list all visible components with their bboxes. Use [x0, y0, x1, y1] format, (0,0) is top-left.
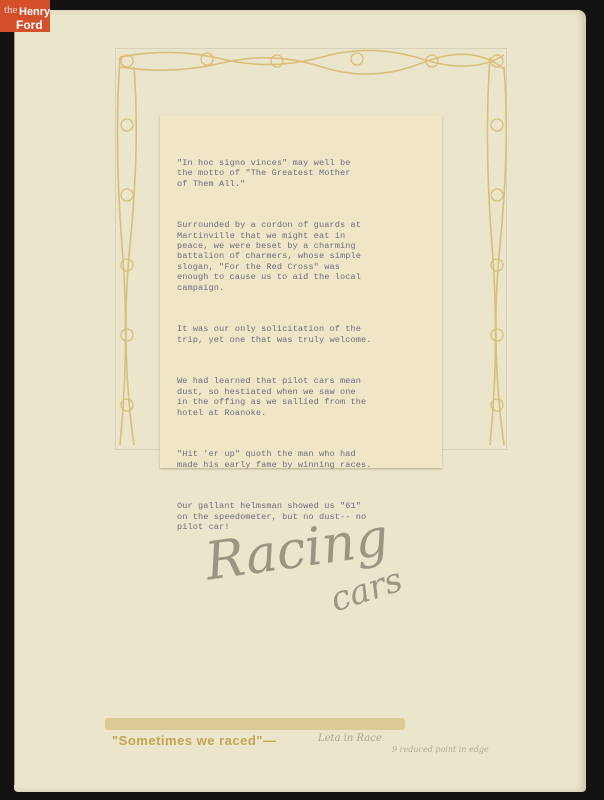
logo-the: the [4, 5, 17, 16]
henry-ford-logo: the Henry Ford [0, 0, 50, 32]
typed-paragraph: Surrounded by a cordon of guards at Mart… [177, 220, 437, 293]
logo-henry: Henry [19, 7, 50, 18]
pencil-note-small: 9 reduced point in edge [392, 745, 489, 754]
caption-sometimes-we-raced: "Sometimes we raced"— [112, 733, 276, 748]
typed-note-sheet: "In hoc signo vinces" may well be the mo… [160, 115, 442, 468]
page-gutter-line [14, 30, 15, 785]
typed-paragraph: "In hoc signo vinces" may well be the mo… [177, 158, 437, 189]
typed-paragraph: "Hit 'er up" quoth the man who had made … [177, 449, 437, 470]
typed-text: "In hoc signo vinces" may well be the mo… [177, 137, 437, 564]
pencil-note: Leta in Race [318, 733, 382, 744]
watercolor-wash-stripe [105, 718, 405, 730]
logo-ford: Ford [16, 19, 43, 31]
typed-paragraph: It was our only solicitation of the trip… [177, 324, 437, 345]
typed-paragraph: We had learned that pilot cars mean dust… [177, 376, 437, 418]
